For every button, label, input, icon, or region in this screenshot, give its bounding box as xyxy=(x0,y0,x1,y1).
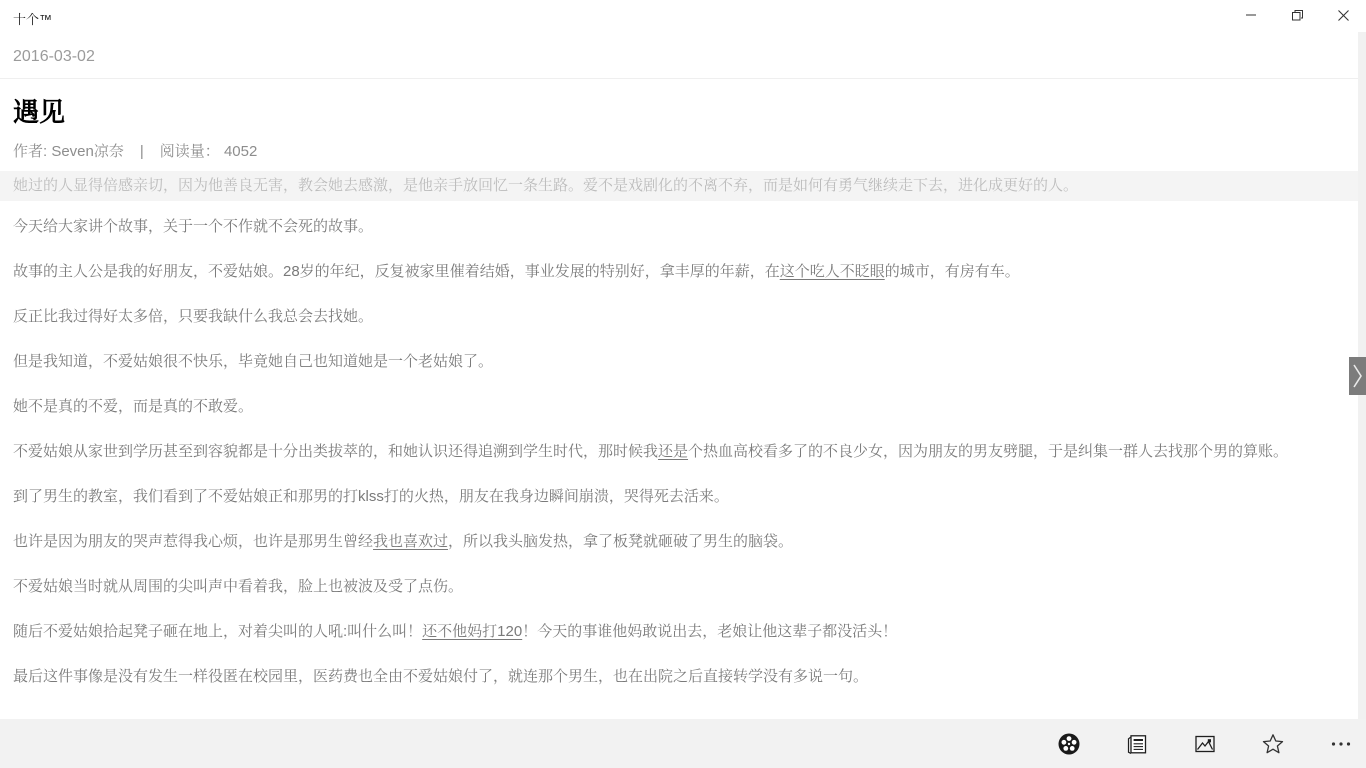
paragraph: 故事的主人公是我的好朋友，不爱姑娘。28岁的年纪，反复被家里催着结婚，事业发展的… xyxy=(13,259,1342,284)
article-title: 遇见 xyxy=(13,97,1353,127)
window-controls xyxy=(1228,0,1366,30)
paragraph: 不爱姑娘当时就从周围的尖叫声中看着我，脸上也被波及受了点伤。 xyxy=(13,574,1342,599)
paragraph: 不爱姑娘从家世到学历甚至到容貌都是十分出类拔萃的，和她认识还得追溯到学生时代，那… xyxy=(13,439,1342,464)
favorite-button[interactable] xyxy=(1261,732,1285,756)
more-button[interactable] xyxy=(1329,732,1353,756)
paragraph: 她不是真的不爱，而是真的不敢爱。 xyxy=(13,394,1342,419)
film-reel-icon xyxy=(1057,732,1081,756)
article-summary: 她过的人显得倍感亲切，因为他善良无害，教会她去感激，是他亲手放回忆一条生路。爱不… xyxy=(0,171,1366,201)
paragraph: 最后这件事像是没有发生一样役匿在校园里，医药费也全由不爱姑娘付了，就连那个男生，… xyxy=(13,664,1342,689)
paragraph: 到了男生的教室，我们看到了不爱姑娘正和那男的打klss打的火热，朋友在我身边瞬间… xyxy=(13,484,1342,509)
scroll-right-button[interactable] xyxy=(1349,357,1366,395)
minimize-button[interactable] xyxy=(1228,0,1274,30)
image-icon xyxy=(1193,732,1217,756)
author-label: 作者: Seven凉奈 xyxy=(13,143,124,160)
paragraph: 但是我知道，不爱姑娘很不快乐，毕竟她自己也知道她是一个老姑娘了。 xyxy=(13,349,1342,374)
paragraph: 也许是因为朋友的哭声惹得我心烦，也许是那男生曾经我也喜欢过，所以我头脑发热，拿了… xyxy=(13,529,1342,554)
chevron-right-icon xyxy=(1352,361,1363,391)
minimize-icon xyxy=(1245,9,1257,21)
close-button[interactable] xyxy=(1320,0,1366,30)
article-body: 今天给大家讲个故事，关于一个不作就不会死的故事。故事的主人公是我的好朋友，不爱姑… xyxy=(13,201,1342,689)
reads-label: 阅读量： 4052 xyxy=(160,143,258,160)
image-button[interactable] xyxy=(1193,732,1217,756)
bottom-toolbar xyxy=(0,719,1366,768)
film-reel-button[interactable] xyxy=(1057,732,1081,756)
restore-icon xyxy=(1291,9,1304,22)
more-icon xyxy=(1329,732,1353,756)
close-icon xyxy=(1337,9,1350,22)
app-title: 十个™ xyxy=(0,0,52,28)
news-button[interactable] xyxy=(1125,732,1149,756)
paragraph: 今天给大家讲个故事，关于一个不作就不会死的故事。 xyxy=(13,214,1342,239)
article-meta: 作者: Seven凉奈|阅读量： 4052 xyxy=(13,142,1353,161)
paragraph: 随后不爱姑娘拾起凳子砸在地上，对着尖叫的人吼:叫什么叫！还不他妈打120！今天的… xyxy=(13,619,1342,644)
news-icon xyxy=(1125,732,1149,756)
paragraph: 反正比我过得好太多倍，只要我缺什么我总会去找她。 xyxy=(13,304,1342,329)
restore-button[interactable] xyxy=(1274,0,1320,30)
article-date: 2016-03-02 xyxy=(0,32,1366,79)
titlebar: 十个™ xyxy=(0,0,1366,32)
meta-separator: | xyxy=(140,143,144,160)
star-icon xyxy=(1261,732,1285,756)
